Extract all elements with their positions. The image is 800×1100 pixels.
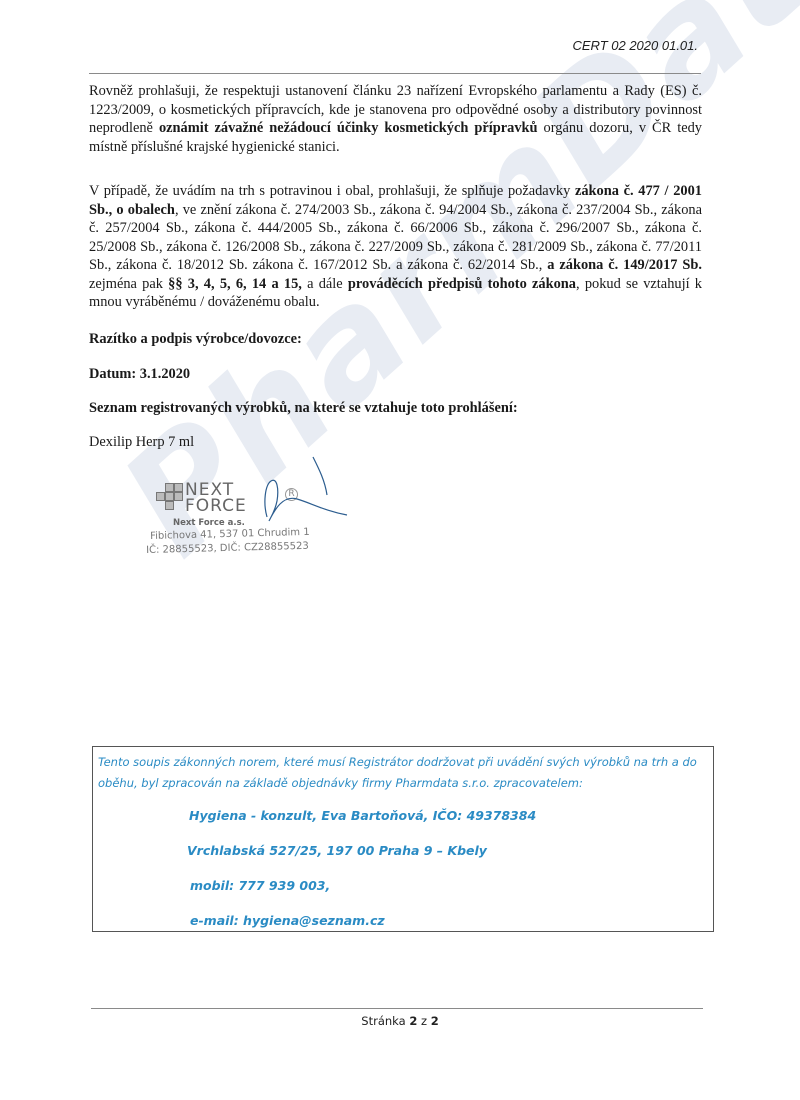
page-separator: z [417,1014,430,1028]
paragraph-packaging-declaration: V případě, že uvádím na trh s potravinou… [89,182,702,312]
header-divider [89,73,701,74]
stamp-company-name: Next Force a.s. [173,518,245,528]
product-list-label: Seznam registrovaných výrobků, na které … [89,400,518,417]
logo-squares-icon [156,483,184,513]
total-pages: 2 [431,1014,439,1028]
logo-word-force: FORCE [185,498,247,514]
bold-span: prováděcích předpisů tohoto zákona [348,276,576,292]
page-number: Stránka 2 z 2 [0,1014,800,1028]
processor-mobile: mobil: 777 939 003, [190,878,330,893]
processor-address: Vrchlabská 527/25, 197 00 Praha 9 – Kbel… [187,843,487,858]
text-span: V případě, že uvádím na trh s potravinou… [89,183,575,199]
bold-span: oznámit závažné nežádoucí účinky kosmeti… [159,120,538,136]
info-intro: Tento soupis zákonných norem, které musí… [98,752,710,794]
stamp-ids: IČ: 28855523, DIČ: CZ28855523 [146,541,309,556]
bold-span: §§ 3, 4, 5, 6, 14 a 15, [168,276,302,292]
footer-divider [91,1008,703,1009]
text-span: a dále [302,276,348,292]
page-prefix: Stránka [361,1014,409,1028]
paragraph-cosmetics-declaration: Rovněž prohlašuji, že respektuji ustanov… [89,82,702,156]
document-reference: CERT 02 2020 01.01. [572,38,698,53]
processor-email: e-mail: hygiena@seznam.cz [190,913,385,928]
product-item: Dexilip Herp 7 ml [89,434,194,451]
date-label: Datum: 3.1.2020 [89,366,190,383]
signature-icon [255,455,365,530]
processor-info-box: Tento soupis zákonných norem, které musí… [92,746,714,932]
bold-span: a zákona č. 149/2017 Sb. [547,257,702,273]
stamp-signature-label: Razítko a podpis výrobce/dovozce: [89,331,302,348]
processor-name: Hygiena - konzult, Eva Bartoňová, IČO: 4… [189,808,536,823]
text-span: zejména pak [89,276,168,292]
